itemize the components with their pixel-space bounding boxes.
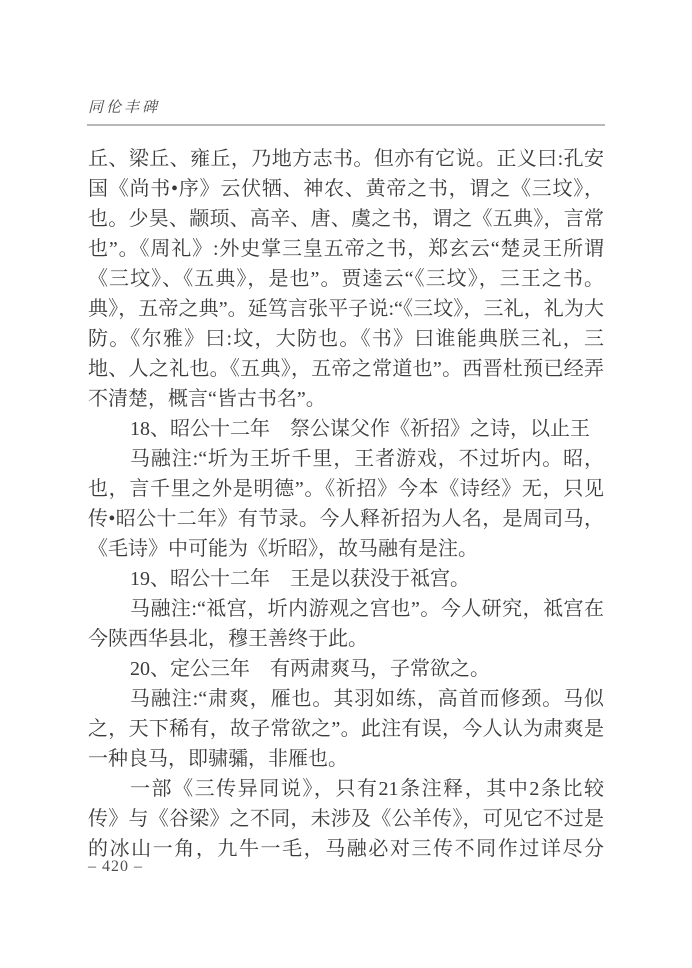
text-line: 马融注:“圻为王圻千里，王者游戏，不过圻内。昭，明 — [88, 444, 604, 474]
text-line: 之，天下稀有，故子常欲之”。此注有误，今人认为肃爽是 — [88, 714, 604, 744]
text-line: 丘、梁丘、雍丘，乃地方志书。但亦有它说。正义曰:孔安 — [88, 144, 604, 174]
text-line: 也。少昊、颛顼、高辛、唐、虞之书，谓之《五典》，言常道 — [88, 204, 604, 234]
text-line: 马融注:“祗宫，圻内游观之宫也”。今人研究，祗宫在 — [88, 594, 604, 624]
book-page: 同伦丰碑 丘、梁丘、雍丘，乃地方志书。但亦有它说。正义曰:孔安国《尚书•序》云伏… — [0, 0, 692, 968]
text-line: 的冰山一角，九牛一毛，马融必对三传不同作过详尽分析， — [88, 834, 604, 864]
text-line: 也”。《周礼》:外史掌三皇五帝之书，郑玄云“楚灵王所谓 — [88, 234, 604, 264]
running-header-title: 同伦丰碑 — [88, 96, 604, 117]
text-line: 《毛诗》中可能为《圻昭》，故马融有是注。 — [88, 534, 604, 564]
text-line: 马融注:“肃爽，雁也。其羽如练，高首而修颈。马似 — [88, 684, 604, 714]
text-line: 18、昭公十二年 祭公谋父作《祈招》之诗，以止王心。 — [88, 414, 604, 444]
text-line: 也，言千里之外是明德”。《祈招》今本《诗经》无，只见于《左 — [88, 474, 604, 504]
text-line: 今陕西华县北，穆王善终于此。 — [88, 624, 604, 654]
text-line: 防。《尔雅》曰:坟，大防也。《书》曰谁能典朕三礼，三礼，天、 — [88, 324, 604, 354]
text-line: 一部《三传异同说》，只有21条注释，其中2条比较《左 — [88, 774, 604, 804]
text-line: 不清楚，概言“皆古书名”。 — [88, 384, 604, 414]
text-line: 《三坟》、《五典》，是也”。贾逵云“《三坟》，三王之书。《五 — [88, 264, 604, 294]
text-line: 19、昭公十二年 王是以获没于祗宫。 — [88, 564, 604, 594]
running-header: 同伦丰碑 — [88, 96, 604, 117]
text-line: 国《尚书•序》云伏牺、神农、黄帝之书，谓之《三坟》，言大道 — [88, 174, 604, 204]
header-rule — [87, 124, 605, 126]
footer-page-number: – 420 – — [88, 858, 143, 876]
body-text: 丘、梁丘、雍丘，乃地方志书。但亦有它说。正义曰:孔安国《尚书•序》云伏牺、神农、… — [88, 144, 604, 864]
text-line: 地、人之礼也。《五典》，五帝之常道也”。西晋杜预已经弄 — [88, 354, 604, 384]
text-line: 典》，五帝之典”。延笃言张平子说:“《三坟》，三礼，礼为大 — [88, 294, 604, 324]
text-line: 20、定公三年 有两肃爽马，子常欲之。 — [88, 654, 604, 684]
text-line: 传•昭公十二年》有节录。今人释祈招为人名，是周司马， — [88, 504, 604, 534]
text-line: 一种良马，即骕骦，非雁也。 — [88, 744, 604, 774]
text-line: 传》与《谷梁》之不同，未涉及《公羊传》，可见它不过是原文 — [88, 804, 604, 834]
